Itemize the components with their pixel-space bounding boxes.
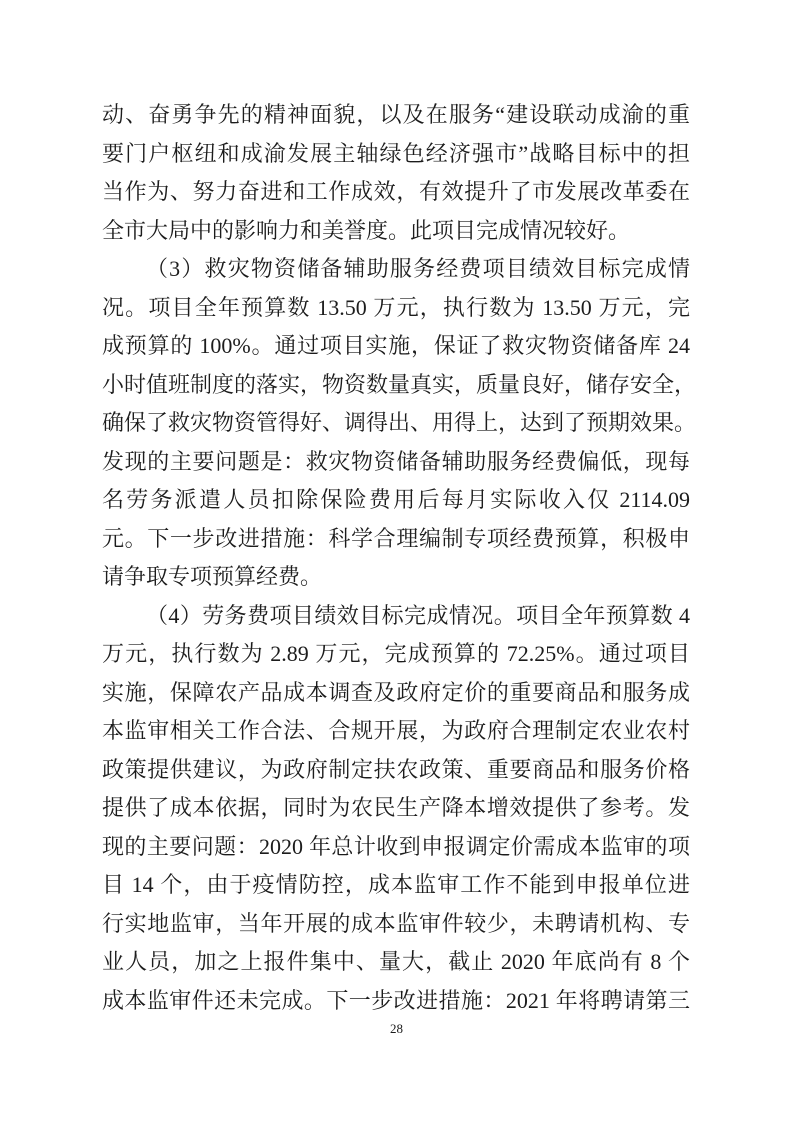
text-line: 况。项目全年预算数 13.50 万元，执行数为 13.50 万元，完 xyxy=(102,289,690,328)
text-line: 行实地监审，当年开展的成本监审件较少，未聘请机构、专 xyxy=(102,905,690,944)
text-line: （3）救灾物资储备辅助服务经费项目绩效目标完成情 xyxy=(102,250,690,289)
text-line: 要门户枢纽和成渝发展主轴绿色经济强市”战略目标中的担 xyxy=(102,135,690,174)
text-line: （4）劳务费项目绩效目标完成情况。项目全年预算数 4 xyxy=(102,597,690,636)
document-body: 动、奋勇争先的精神面貌，以及在服务“建设联动成渝的重要门户枢纽和成渝发展主轴绿色… xyxy=(102,96,690,1020)
text-line: 当作为、努力奋进和工作成效，有效提升了市发展改革委在 xyxy=(102,173,690,212)
text-line: 请争取专项预算经费。 xyxy=(102,558,690,597)
text-line: 名劳务派遣人员扣除保险费用后每月实际收入仅 2114.09 xyxy=(102,481,690,520)
document-page: 动、奋勇争先的精神面貌，以及在服务“建设联动成渝的重要门户枢纽和成渝发展主轴绿色… xyxy=(0,0,793,1122)
text-line: 发现的主要问题是：救灾物资储备辅助服务经费偏低，现每 xyxy=(102,443,690,482)
text-line: 动、奋勇争先的精神面貌，以及在服务“建设联动成渝的重 xyxy=(102,96,690,135)
text-line: 现的主要问题：2020 年总计收到申报调定价需成本监审的项 xyxy=(102,828,690,867)
text-line: 提供了成本依据，同时为农民生产降本增效提供了参考。发 xyxy=(102,789,690,828)
text-line: 元。下一步改进措施：科学合理编制专项经费预算，积极申 xyxy=(102,520,690,559)
page-footer: 28 xyxy=(0,1020,793,1038)
text-line: 确保了救灾物资管得好、调得出、用得上，达到了预期效果。 xyxy=(102,404,690,443)
text-line: 小时值班制度的落实，物资数量真实，质量良好，储存安全， xyxy=(102,366,690,405)
text-line: 实施，保障农产品成本调查及政府定价的重要商品和服务成 xyxy=(102,674,690,713)
text-line: 万元，执行数为 2.89 万元，完成预算的 72.25%。通过项目 xyxy=(102,635,690,674)
text-line: 目 14 个，由于疫情防控，成本监审工作不能到申报单位进 xyxy=(102,866,690,905)
page-number: 28 xyxy=(390,1021,403,1036)
text-line: 成本监审件还未完成。下一步改进措施：2021 年将聘请第三 xyxy=(102,982,690,1021)
text-line: 全市大局中的影响力和美誉度。此项目完成情况较好。 xyxy=(102,212,690,251)
text-line: 业人员，加之上报件集中、量大，截止 2020 年底尚有 8 个 xyxy=(102,943,690,982)
text-line: 本监审相关工作合法、合规开展，为政府合理制定农业农村 xyxy=(102,712,690,751)
text-line: 成预算的 100%。通过项目实施，保证了救灾物资储备库 24 xyxy=(102,327,690,366)
text-line: 政策提供建议，为政府制定扶农政策、重要商品和服务价格 xyxy=(102,751,690,790)
